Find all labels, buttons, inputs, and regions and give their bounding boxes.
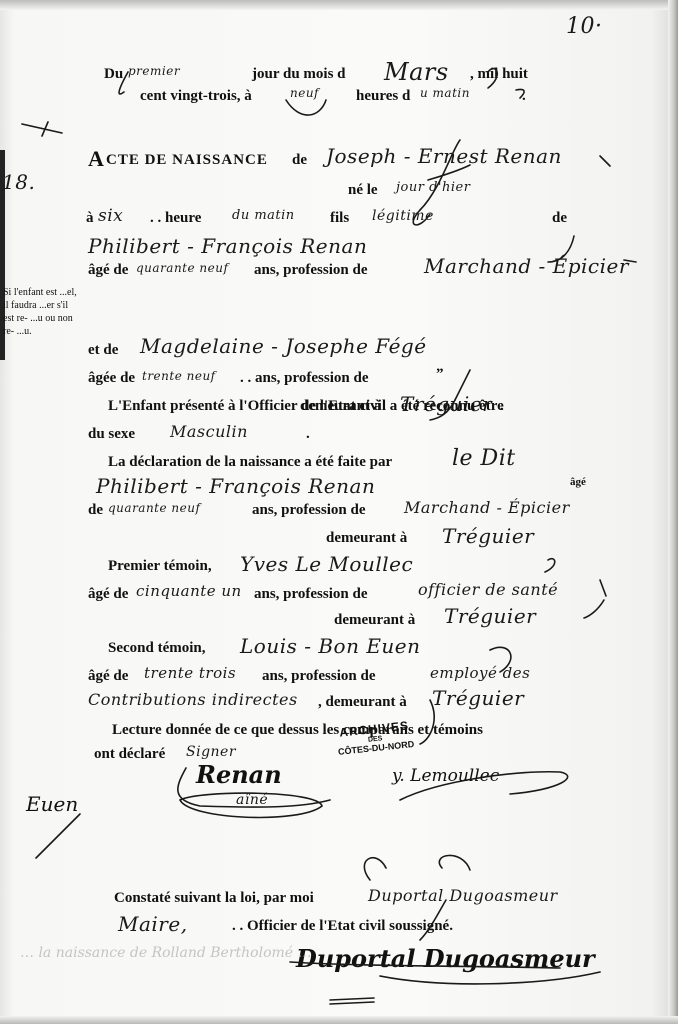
witness2-label: Second témoin, (108, 640, 206, 657)
witness1-residence-hand: Tréguier (444, 604, 536, 628)
page-top-shadow (0, 0, 678, 10)
closing-role-hand: Maire, (118, 912, 188, 936)
margin-entry-number: 18. (2, 170, 35, 194)
closing-line1: Constaté suivant la loi, par moi (114, 890, 314, 907)
mother-name-hand: Magdelaine - Josephe Fégé (140, 334, 427, 358)
declarant-demeurant: demeurant à (326, 530, 407, 547)
witness2-age-label: âgé de (88, 668, 128, 685)
reading-declared-hand: Signer (186, 744, 236, 760)
child-sexe-hand: Masculin (170, 422, 248, 441)
father-name-hand: Philibert - François Renan (88, 234, 367, 258)
witness2-residence-hand: Tréguier (432, 686, 524, 710)
title-initial: A (88, 146, 104, 172)
closing-officer-hand: Duportal Dugoasmeur (368, 886, 558, 905)
fils-label: fils (330, 210, 349, 227)
declarant-age-word: âgé (570, 476, 586, 488)
header-du: Du (104, 66, 123, 83)
header-hour-hand: neuf (290, 86, 319, 100)
child-punct: . (306, 426, 310, 443)
declarant-ans-profession: ans, profession de (252, 502, 366, 519)
declarant-de: de (88, 502, 103, 519)
witness2-demeurant: , demeurant à (318, 694, 407, 711)
witness2-age-hand: trente trois (144, 664, 236, 682)
father-profession-hand: Marchand - Épicier (424, 254, 629, 278)
header-cent-vingt-trois: cent vingt-trois, à (140, 88, 252, 105)
title-acte-de-naissance: CTE DE NAISSANCE (106, 152, 268, 169)
header-month-hand: Mars (384, 58, 449, 86)
witness1-age-label: âgé de (88, 586, 128, 603)
witness1-demeurant: demeurant à (334, 612, 415, 629)
witness1-signature: y. Lemoullec (392, 766, 499, 786)
mother-age-hand: trente neuf (142, 369, 216, 383)
reading-line1: Lecture donnée de ce que dessus les comp… (112, 722, 483, 739)
mother-ans-profession: . . ans, profession de (240, 370, 369, 387)
reading-line2: ont déclaré (94, 746, 165, 763)
header-heures: heures d (356, 88, 410, 105)
birth-a-label: à (86, 210, 94, 227)
register-page: 10· 18. Si l'enfant est ...el, il faudra… (0, 0, 678, 1024)
header-period: . (522, 88, 526, 105)
header-period-hand: u matin (420, 86, 470, 100)
mother-et-de: et de (88, 342, 118, 359)
witness2-name-hand: Louis - Bon Euen (240, 634, 421, 658)
margin-note: Si l'enfant est ...el, il faudra ...er s… (3, 286, 77, 338)
declarant-profession-hand: Marchand - Épicier (404, 498, 570, 517)
father-signature: Renan (196, 760, 282, 789)
de-label: de (552, 210, 567, 227)
witness2-profession-hand: employé des (430, 664, 530, 682)
declarant-residence-hand: Tréguier (442, 524, 534, 548)
header-day-hand: premier (128, 64, 180, 78)
father-age-label: âgé de (88, 262, 128, 279)
father-age-hand: quarante neuf (136, 261, 228, 275)
birth-heure-label: . . heure (150, 210, 201, 227)
witness1-name-hand: Yves Le Moullec (240, 552, 413, 576)
witness1-profession-hand: officier de santé (418, 580, 558, 599)
mayor-signature: Duportal Dugoasmeur (296, 944, 595, 973)
birth-period-hand: du matin (232, 208, 295, 223)
declarant-ledit-hand: le Dit (452, 446, 516, 471)
page-right-edge (668, 0, 678, 1024)
witness1-age-hand: cinquante un (136, 582, 242, 600)
bleed-through-text: … la naissance de Rolland Bertholomé … (20, 945, 312, 961)
page-bottom-edge (0, 1016, 678, 1024)
father-ans-profession: ans, profession de (254, 262, 368, 279)
birth-day-hand: jour d'hier (396, 180, 470, 195)
closing-line2: . . Officier de l'Etat civil soussigné. (232, 918, 453, 935)
mother-profession-hand: ” (436, 366, 444, 383)
header-mil-huit: , mil huit (470, 66, 528, 83)
witness2-profession-hand-2: Contributions indirectes (88, 690, 298, 709)
witness2-ans-profession: ans, profession de (262, 668, 376, 685)
mother-age-label: âgée de (88, 370, 135, 387)
witness2-signature: Euen (26, 792, 78, 816)
father-signature-sub: aîné (236, 792, 268, 808)
child-sexe-label: du sexe (88, 426, 135, 443)
witness1-ans-profession: ans, profession de (254, 586, 368, 603)
witness1-label: Premier témoin, (108, 558, 212, 575)
birth-hour-hand: six (98, 206, 123, 226)
declarant-age-hand: quarante neuf (108, 501, 200, 515)
declarant-name-hand: Philibert - François Renan (96, 474, 375, 498)
child-presented: L'Enfant présenté à l'Officier de l'Etat… (108, 398, 504, 415)
child-name-hand: Joseph - Ernest Renan (326, 144, 562, 168)
legitimate-hand: légitime (372, 208, 434, 224)
ne-le-label: né le (348, 182, 378, 199)
header-jour-du-mois: jour du mois d (252, 66, 346, 83)
page-number: 10· (566, 14, 603, 39)
declarant-label: La déclaration de la naissance a été fai… (108, 454, 392, 471)
title-de: de (292, 152, 307, 169)
